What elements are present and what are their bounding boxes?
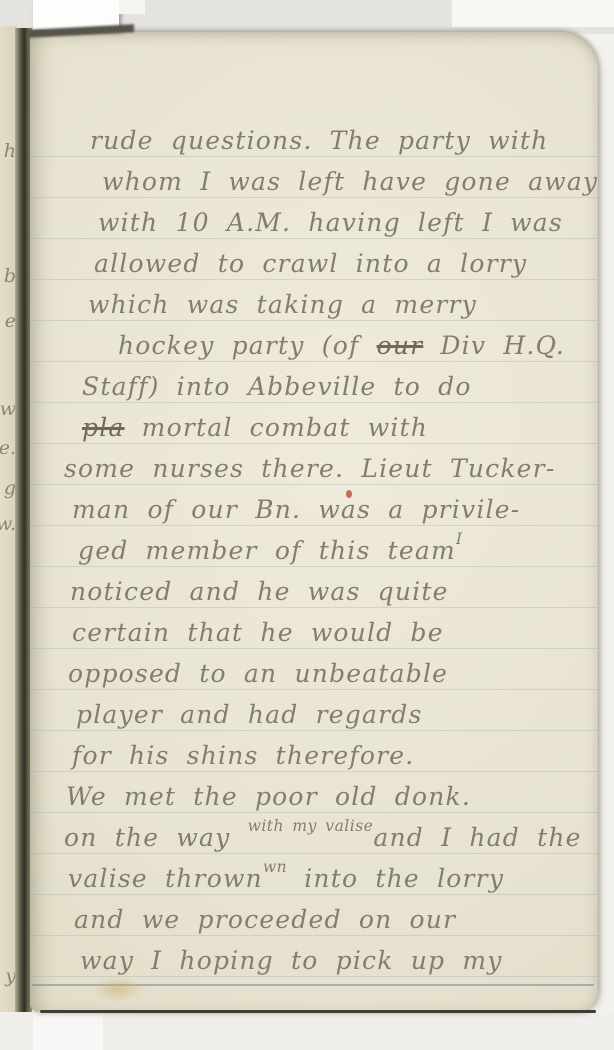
handwritten-line: We met the poor old donk. <box>58 776 590 817</box>
line-text: player and had regards <box>76 700 422 729</box>
notebook-page: rude questions. The party with whom I wa… <box>30 32 598 1012</box>
line-text: allowed to crawl into a lorry <box>94 249 527 278</box>
line-text: man of our Bn. was a privile- <box>72 495 520 524</box>
line-text: mortal combat with <box>125 413 429 442</box>
line-text: on the way <box>64 823 248 852</box>
line-text: Staff) into Abbeville to do <box>82 372 472 401</box>
handwritten-line: player and had regards <box>58 694 590 735</box>
inserted-word: wn <box>263 858 287 876</box>
handwritten-line: which was taking a merry <box>58 284 590 325</box>
handwritten-line: ged member of this teamI <box>58 530 590 571</box>
line-text: Div H.Q. <box>423 331 565 360</box>
handwritten-line: noticed and he was quite <box>58 571 590 612</box>
handwritten-line: man of our Bn. was a privile- <box>58 489 590 530</box>
handwritten-line: with 10 A.M. having left I was <box>58 202 590 243</box>
line-text: which was taking a merry <box>88 290 477 319</box>
margin-fragment: e. <box>0 437 16 459</box>
scanned-notebook-page: h b e w e. g w. y rude questions. The pa… <box>0 0 614 1050</box>
handwritten-line: hockey party (of our Div H.Q. <box>58 325 590 366</box>
line-text: rude questions. The party with <box>90 126 548 155</box>
white-paper-tab-step <box>119 0 145 14</box>
line-text: and we proceeded on our <box>74 905 456 934</box>
line-text: whom I was left have gone away <box>102 167 598 196</box>
handwritten-line: certain that he would be <box>58 612 590 653</box>
handwritten-line: way I hoping to pick up my <box>58 940 590 981</box>
line-text: opposed to an unbeatable <box>68 659 448 688</box>
handwritten-line: whom I was left have gone away <box>58 161 590 202</box>
handwritten-text-block: rude questions. The party with whom I wa… <box>58 120 590 981</box>
struck-word: pla <box>82 413 125 442</box>
line-text: way I hoping to pick up my <box>80 946 503 975</box>
handwritten-line: opposed to an unbeatable <box>58 653 590 694</box>
handwritten-line: Staff) into Abbeville to do <box>58 366 590 407</box>
handwritten-line: and we proceeded on our <box>58 899 590 940</box>
margin-fragment: w <box>0 398 16 420</box>
margin-fragment: w. <box>0 513 16 535</box>
line-text: with 10 A.M. having left I was <box>98 208 563 237</box>
handwritten-line: some nurses there. Lieut Tucker- <box>58 448 590 489</box>
handwritten-line: on the way with my valiseand I had the <box>58 817 590 858</box>
handwritten-line: pla mortal combat with <box>58 407 590 448</box>
line-text: ged member of this team <box>78 536 456 565</box>
line-text: noticed and he was quite <box>70 577 449 606</box>
line-text: into the lorry <box>287 864 504 893</box>
white-paper-below-page <box>33 1012 103 1050</box>
line-text: certain that he would be <box>72 618 444 647</box>
handwritten-line: for his shins therefore. <box>58 735 590 776</box>
struck-word: our <box>377 331 424 360</box>
line-text: valise thrown <box>68 864 263 893</box>
inserted-word: with my valise <box>248 817 374 835</box>
handwritten-line: rude questions. The party with <box>58 120 590 161</box>
line-text: hockey party (of <box>118 331 377 360</box>
backing-sheet-top-right <box>452 0 614 27</box>
line-text: for his shins therefore. <box>72 741 414 770</box>
handwritten-line: allowed to crawl into a lorry <box>58 243 590 284</box>
line-text: and I had the <box>373 823 581 852</box>
line-text: We met the poor old donk. <box>66 782 471 811</box>
handwritten-line: valise thrownwn into the lorry <box>58 858 590 899</box>
line-text: some nurses there. Lieut Tucker- <box>64 454 555 483</box>
inserted-word: I <box>456 530 463 548</box>
